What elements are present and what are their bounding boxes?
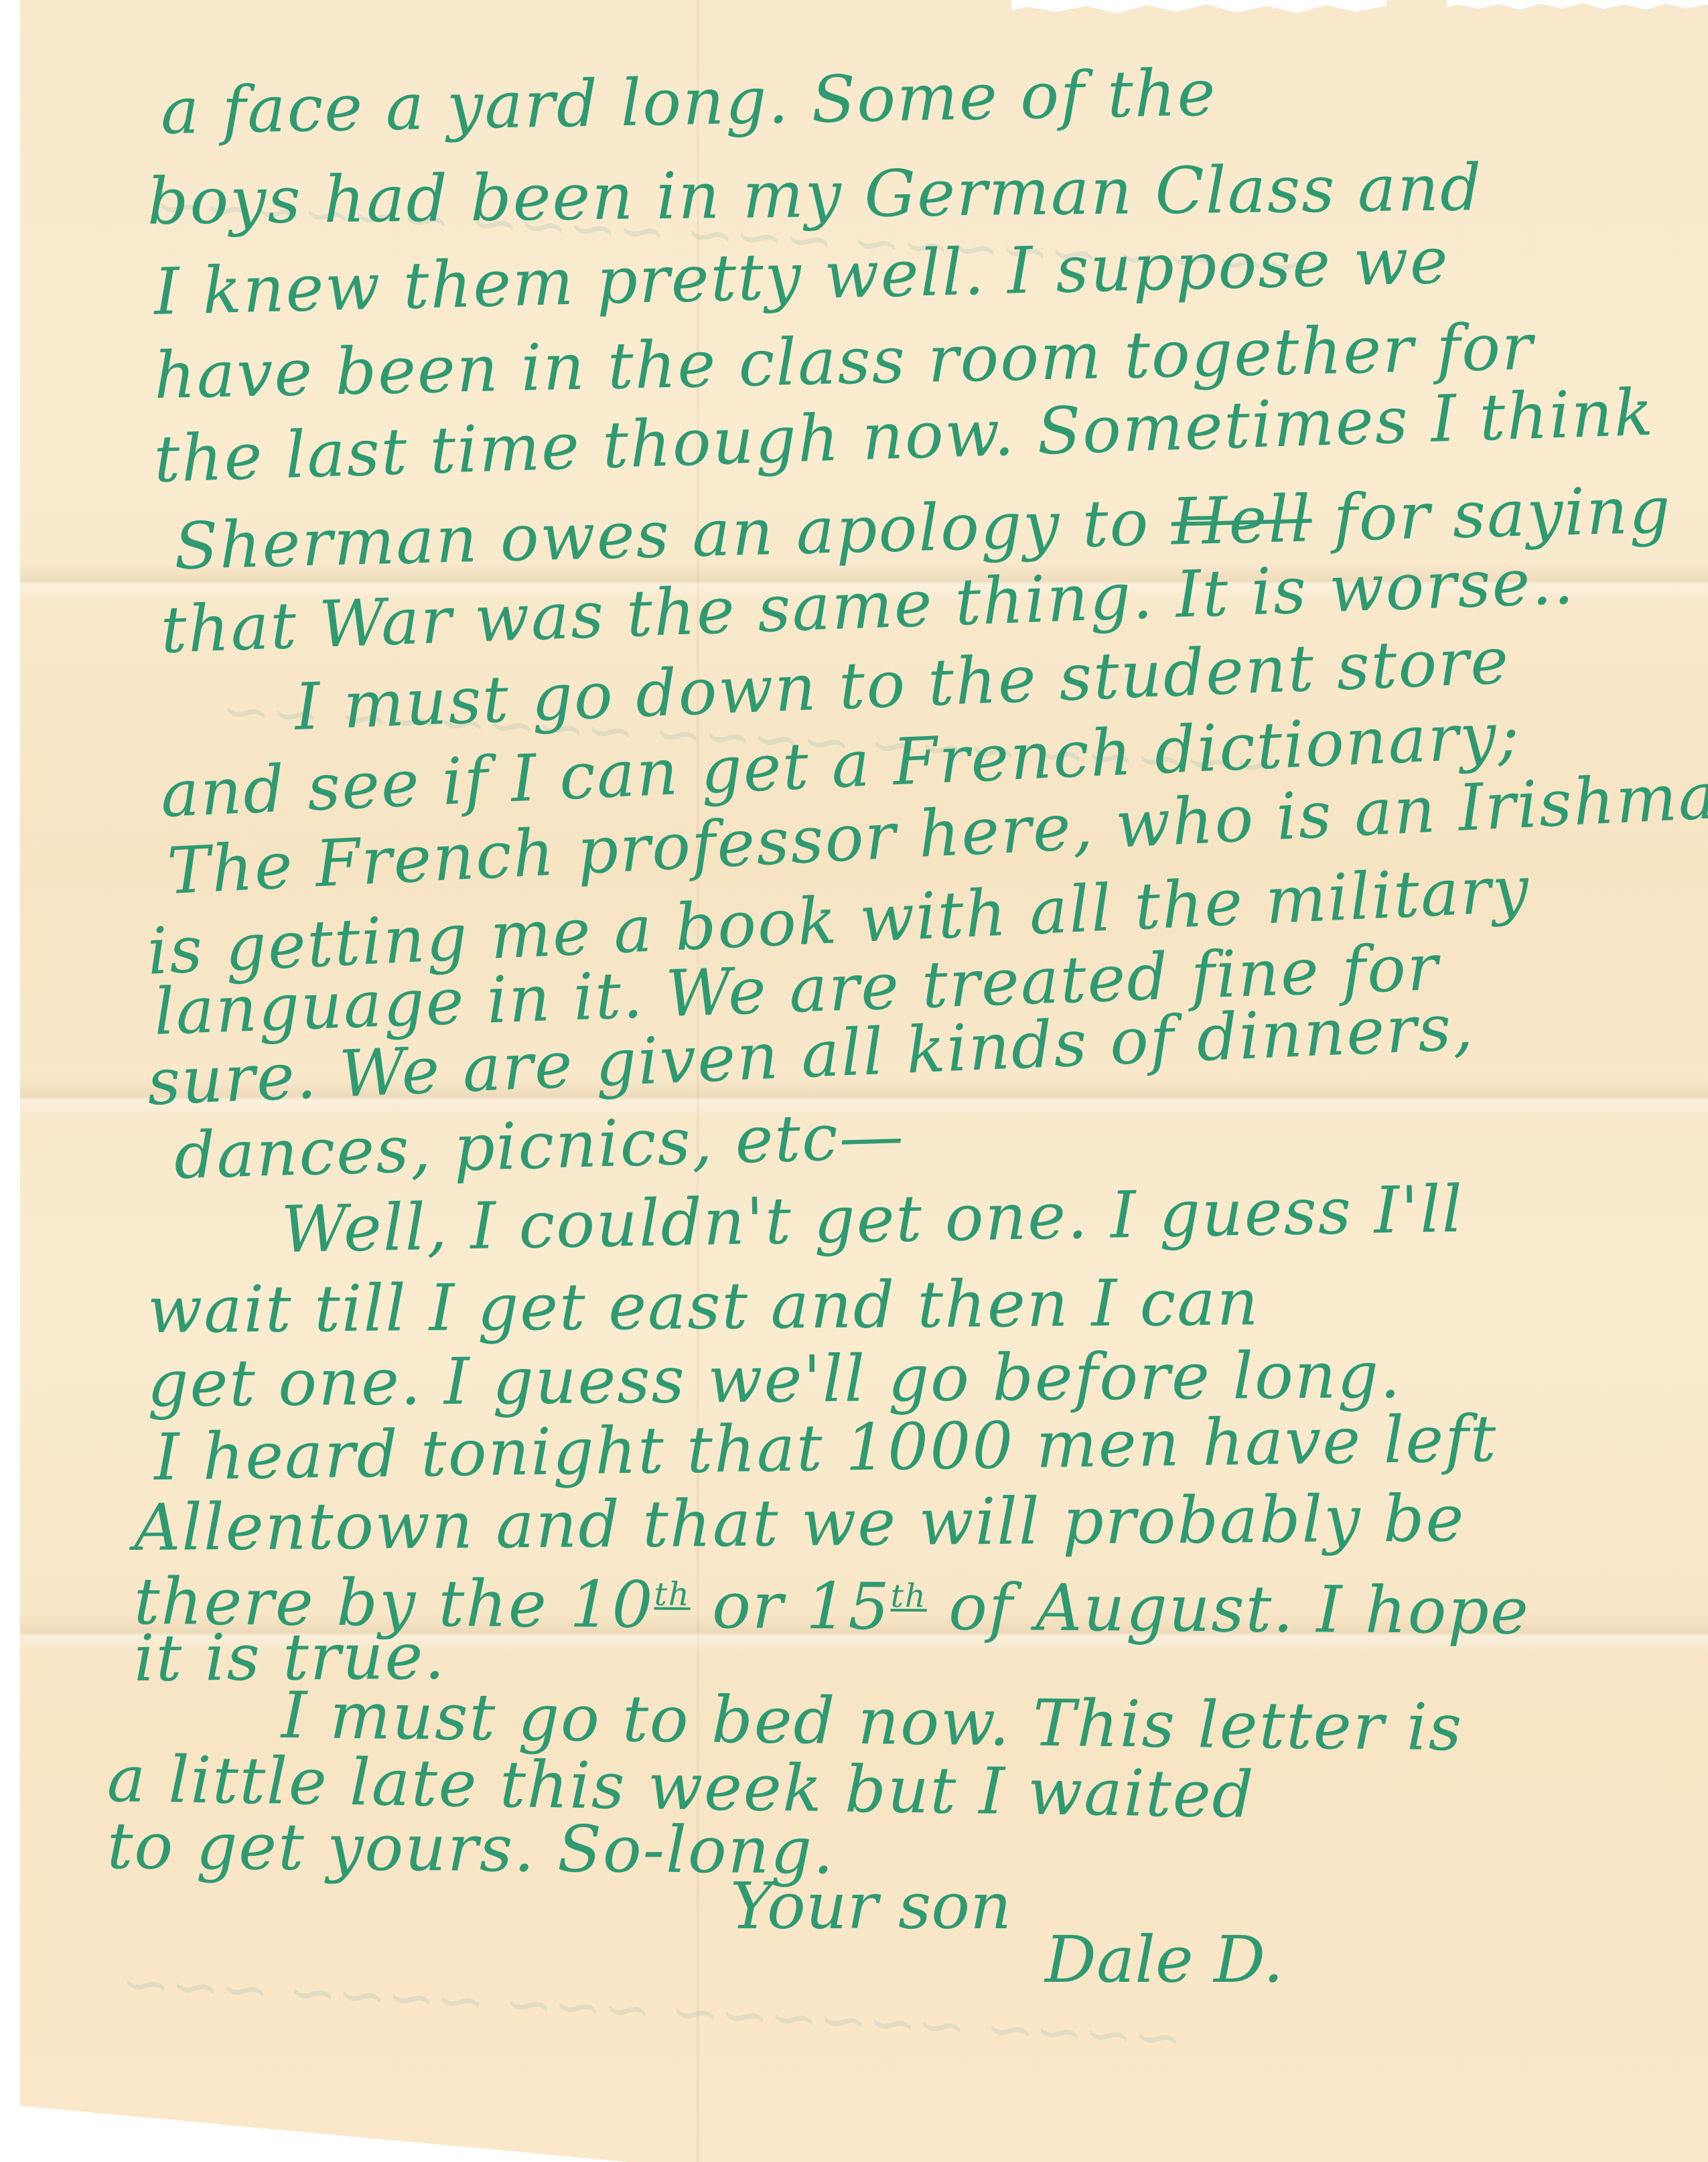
letter-line: wait till I get east and then I can [147,1265,1260,1348]
signature: Dale D. [1045,1922,1283,1997]
bleed-through-text: ~~~~ ~~~~~~ ~~~ ~~~~ ~~~ [119,1948,1184,2073]
letter-line: Allentown and that we will probably be [134,1481,1466,1565]
torn-edge [1011,0,1386,15]
letter-line: boys had been in my German Class and [147,150,1483,239]
ordinal-superscript: th [890,1577,927,1615]
struck-out-word: Hell [1170,482,1313,560]
letter-line: to get yours. So-long. [107,1808,835,1889]
ordinal-superscript: th [654,1575,691,1613]
torn-edge [1447,0,1708,11]
closing-salutation: Your son [730,1869,1011,1944]
